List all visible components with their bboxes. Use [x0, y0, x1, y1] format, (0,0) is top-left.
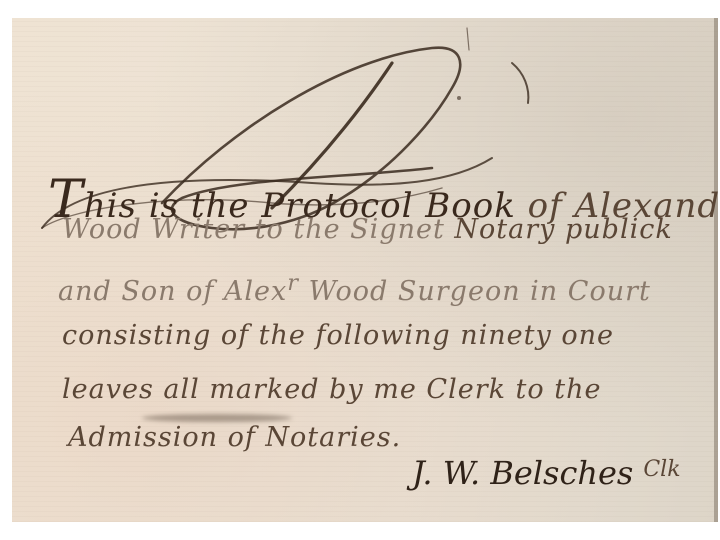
text-line-6: Admission of Notaries. — [68, 422, 401, 453]
text-line-3: and Son of Alexr Wood Surgeon in Court — [58, 270, 651, 307]
manuscript-page: This is the Protocol Book of Alexander W… — [12, 18, 718, 522]
text-line-2: Wood Writer to the Signet Notary publick — [62, 214, 673, 245]
signature: J. W. BelschesClk — [412, 454, 681, 492]
text-line-4: consisting of the following ninety one — [62, 320, 614, 351]
ink-blot — [142, 414, 292, 422]
signature-title: Clk — [643, 457, 680, 482]
line-3-superscript: r — [287, 270, 299, 296]
line-3-continuation: Wood Surgeon in Court — [299, 276, 651, 307]
page-edge — [714, 18, 718, 522]
line-3-text: and Son of Alex — [58, 276, 287, 307]
line-2-text: Wood Writer to the Signet — [62, 214, 445, 245]
line-2-continuation: Notary publick — [445, 214, 673, 245]
text-line-5: leaves all marked by me Clerk to the — [62, 374, 601, 405]
signature-name: J. W. Belsches — [412, 454, 633, 492]
